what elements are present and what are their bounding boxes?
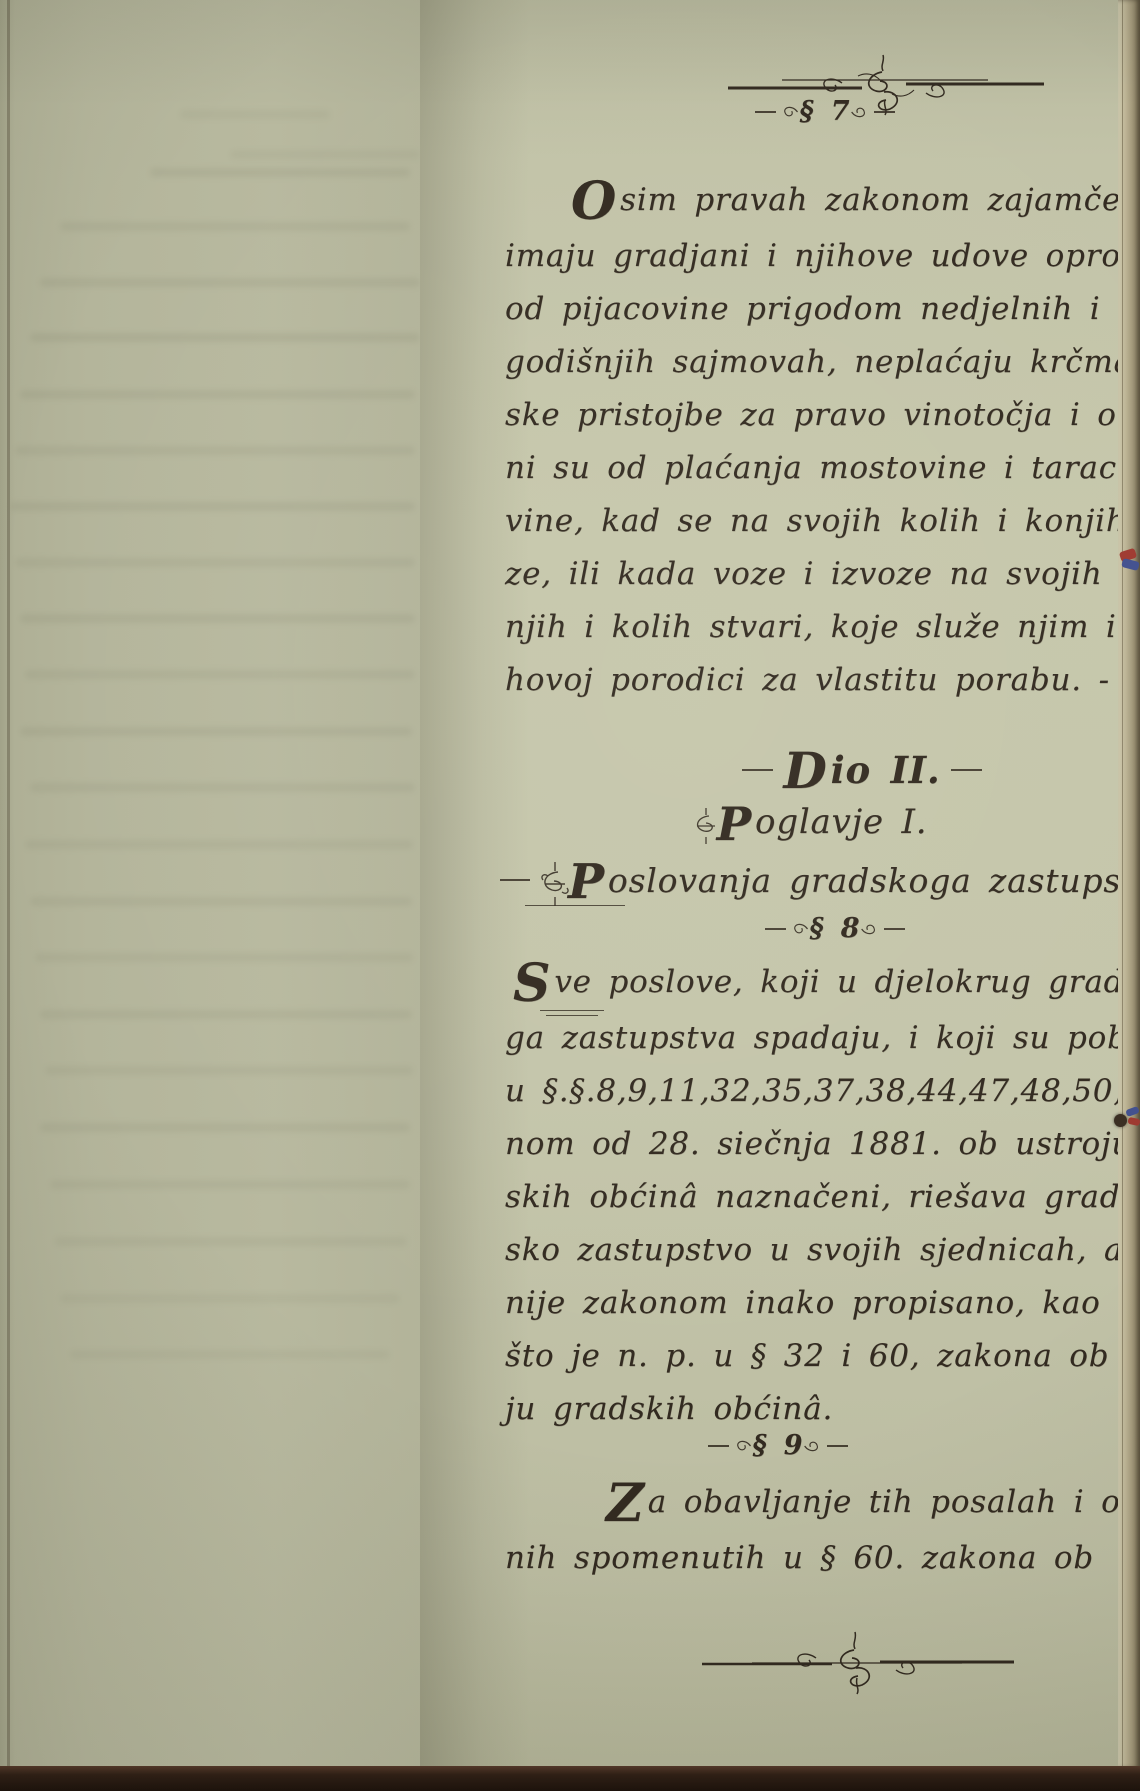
manuscript-line: imaju gradjani i njihove udove oprost [505, 230, 1125, 283]
word-underline [546, 1015, 598, 1016]
paragraph-lines: ga zastupstva spadaju, i koji su pobliže… [505, 1012, 1125, 1436]
dash-ornament [874, 111, 895, 113]
manuscript-line: što je n. p. u § 32 i 60, zakona ob ustr… [505, 1330, 1125, 1383]
scroll-ornament [734, 1437, 752, 1455]
part-heading-text: io II. [831, 748, 941, 792]
ghost-line [40, 278, 420, 287]
manuscript-line: sko zastupstvo u svojih sjednicah, ako [505, 1224, 1125, 1277]
manuscript-line: ske pristojbe za pravo vinotočja i oproš… [505, 389, 1125, 442]
part-heading: Dio II. [732, 748, 992, 792]
ghost-line [10, 502, 415, 511]
ghost-line [55, 1237, 407, 1246]
paragraph-lines: nih spomenutih u § 60. zakona ob [505, 1532, 1125, 1585]
scroll-ornament [860, 920, 878, 938]
book-cover-edge [0, 1766, 1140, 1791]
first-line-text: sim pravah zakonom zajamčenih [620, 170, 1125, 230]
first-line-text: ve poslove, koji u djelokrug gradsk [554, 952, 1125, 1012]
ghost-line [35, 953, 413, 962]
paragraph-first-line: Sve poslove, koji u djelokrug gradsk [505, 952, 1125, 1012]
ghost-line [25, 840, 413, 849]
paragraph-first-line: Za obavljanje tih posalah i o- [505, 1472, 1125, 1532]
scroll-ornament [791, 920, 809, 938]
page-fold-line [7, 0, 10, 1768]
dash-ornament [755, 111, 776, 113]
paragraph-section-9: Za obavljanje tih posalah i o- nih spome… [505, 1472, 1125, 1585]
section-mark-8: § 8 [760, 913, 910, 944]
manuscript-line: hovoj porodici za vlastitu porabu. - [505, 654, 1125, 707]
manuscript-page: § 7 Osim pravah zakonom zajamčenih imaju… [420, 0, 1125, 1768]
ghost-line [150, 168, 410, 177]
title-underline [525, 905, 625, 906]
dash-ornament [951, 769, 982, 771]
manuscript-line: od pijacovine prigodom nedjelnih i [505, 283, 1125, 336]
ghost-line [20, 727, 412, 736]
scroll-ornament [781, 103, 799, 121]
paragraph-section-7: Osim pravah zakonom zajamčenih imaju gra… [505, 170, 1125, 707]
ghost-line [180, 110, 330, 119]
manuscript-line: nih spomenutih u § 60. zakona ob [505, 1532, 1125, 1585]
chapter-heading: Poglavje I. [660, 802, 960, 842]
scroll-ornament [850, 103, 868, 121]
manuscript-line: ze, ili kada voze i izvoze na svojih ko [505, 548, 1125, 601]
manuscript-line: u §.§.8,9,11,32,35,37,38,44,47,48,50,52,… [505, 1065, 1125, 1118]
word-underline [540, 1010, 604, 1011]
manuscript-line: vine, kad se na svojih kolih i konjih vo [505, 495, 1125, 548]
manuscript-line: ju gradskih obćinâ. [505, 1383, 1125, 1436]
ghost-line [20, 614, 415, 623]
dash-ornament [884, 928, 905, 930]
chapter-title-text: oslovanja gradskoga zastupstva [608, 861, 1125, 900]
ghost-line [15, 446, 415, 455]
section-mark-7: § 7 [750, 96, 900, 127]
initial-flourish-ornament [540, 860, 570, 908]
scroll-ornament [803, 1437, 821, 1455]
page-edge-streak [1122, 0, 1123, 1768]
ghost-line [30, 783, 415, 792]
manuscript-line: nom od 28. siečnja 1881. ob ustroju grad [505, 1118, 1125, 1171]
paragraph-section-8: Sve poslove, koji u djelokrug gradsk ga … [505, 952, 1125, 1436]
ghost-line [60, 1294, 400, 1303]
manuscript-line: ga zastupstva spadaju, i koji su pobliže [505, 1012, 1125, 1065]
ghost-line [45, 1066, 413, 1075]
ghost-line [70, 1350, 390, 1359]
dash-ornament [765, 928, 786, 930]
ghost-line [60, 222, 410, 231]
ghost-line [20, 390, 415, 399]
paragraph-lines: imaju gradjani i njihove udove oprostod … [505, 230, 1125, 707]
manuscript-line: ni su od plaćanja mostovine i taraco- [505, 442, 1125, 495]
ghost-line [40, 1010, 412, 1019]
section-number: § 9 [753, 1430, 804, 1461]
manuscript-line: godišnjih sajmovah, neplaćaju krčma [505, 336, 1125, 389]
ghost-line [50, 1180, 410, 1189]
section-mark-9: § 9 [703, 1430, 853, 1461]
ghost-line [30, 333, 420, 342]
chapter-heading-text: oglavje I. [755, 802, 927, 842]
binding-hole [1114, 1114, 1127, 1127]
initial-flourish-ornament [693, 806, 719, 846]
dash-ornament [742, 769, 773, 771]
ghost-line [30, 897, 412, 906]
ghost-line [15, 558, 415, 567]
manuscript-line: nije zakonom inako propisano, kao [505, 1277, 1125, 1330]
first-line-text: a obavljanje tih posalah i o- [648, 1472, 1125, 1532]
chapter-title: Poslovanja gradskoga zastupstva [490, 856, 1125, 904]
section-number: § 7 [800, 96, 851, 127]
ghost-line [25, 670, 415, 679]
ghost-line [40, 1123, 410, 1132]
dash-ornament [500, 879, 530, 881]
manuscript-book-photo: § 7 Osim pravah zakonom zajamčenih imaju… [0, 0, 1140, 1791]
bottom-flourish-ornament [692, 1628, 1022, 1702]
section-number: § 8 [810, 913, 861, 944]
dash-ornament [708, 1445, 729, 1447]
paragraph-first-line: Osim pravah zakonom zajamčenih [505, 170, 1125, 230]
ghost-line [230, 150, 420, 159]
page-edge [1118, 0, 1140, 1768]
manuscript-line: njih i kolih stvari, koje služe njim i n… [505, 601, 1125, 654]
manuscript-line: skih obćinâ naznačeni, riešava grad [505, 1171, 1125, 1224]
dash-ornament [827, 1445, 848, 1447]
